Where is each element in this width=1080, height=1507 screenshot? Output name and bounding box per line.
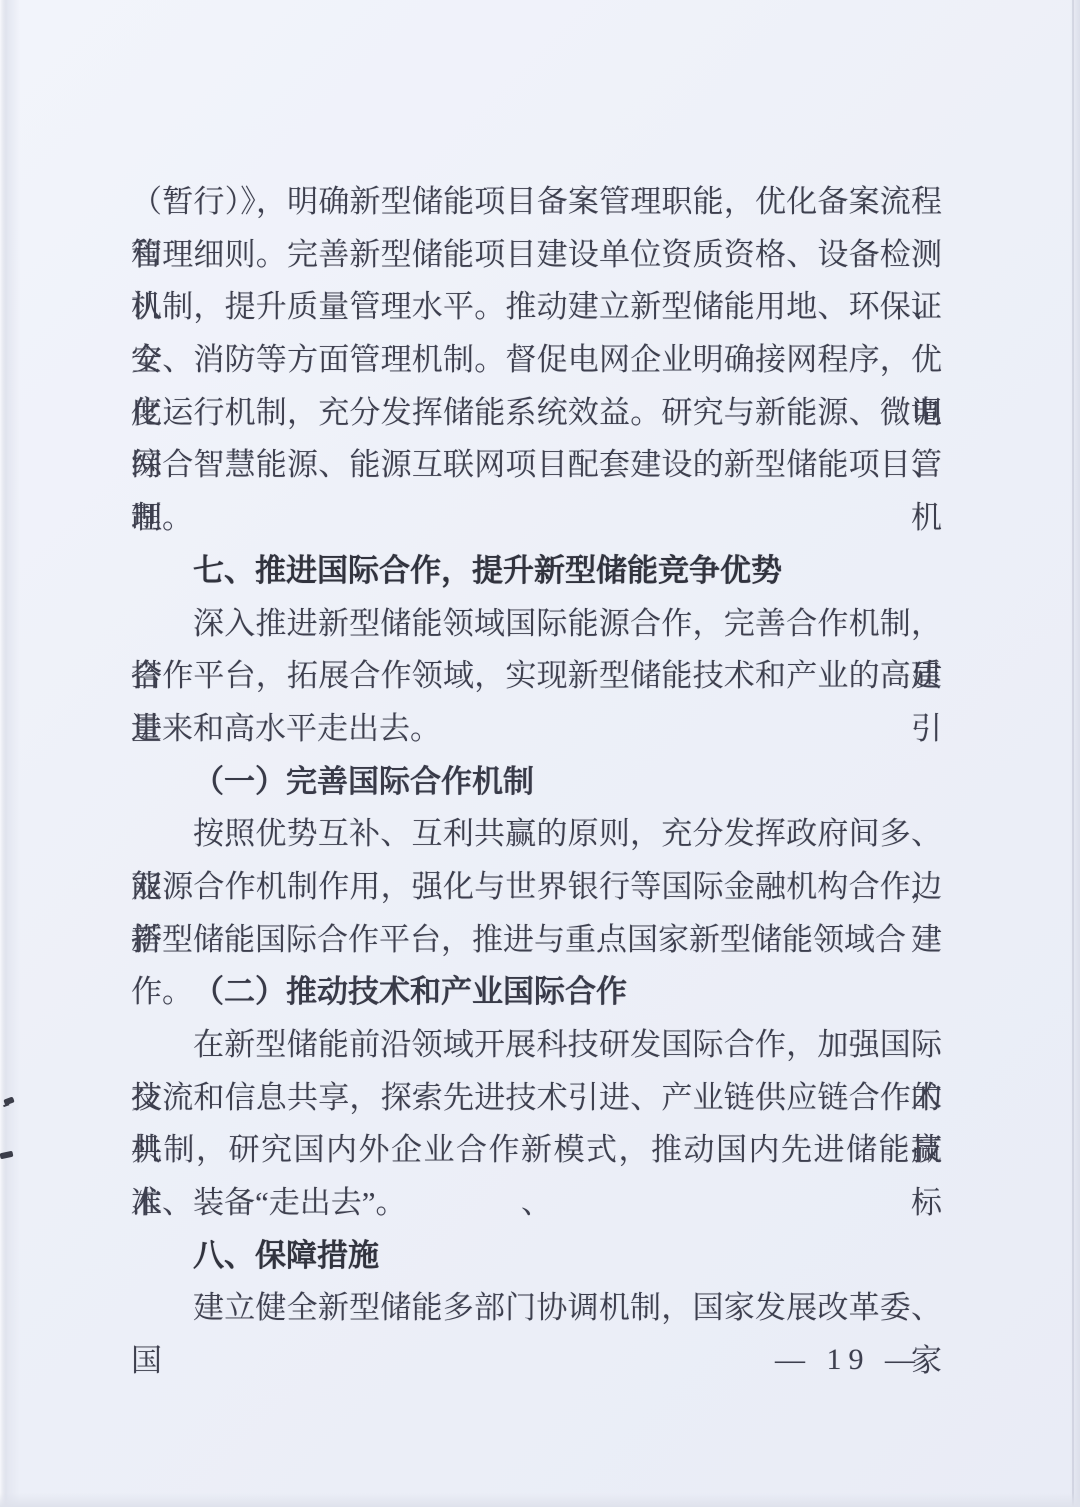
text-line: 深入推进新型储能领域国际能源合作，完善合作机制，搭建 [131, 598, 942, 651]
text-line: 度运行机制，充分发挥储能系统效益。研究与新能源、微电网、 [131, 387, 942, 440]
text-line: （暂行）》，明确新型储能项目备案管理职能，优化备案流程和 [131, 176, 942, 229]
document-page: （暂行）》，明确新型储能项目备案管理职能，优化备案流程和 管理细则。完善新型储能… [0, 0, 1080, 1507]
page-number: — 19 — [775, 1334, 922, 1386]
sub-heading-2: （二）推动技术和产业国际合作 [131, 966, 942, 1019]
section-heading-7: 七、推进国际合作，提升新型储能竞争优势 [131, 545, 942, 598]
sub-heading-1: （一）完善国际合作机制 [131, 756, 942, 809]
text-line: 机制，提升质量管理水平。推动建立新型储能用地、环保、安 [131, 281, 942, 334]
text-line: 全、消防等方面管理机制。督促电网企业明确接网程序，优化调 [131, 334, 942, 387]
text-line: 新型储能国际合作平台，推进与重点国家新型储能领域合作。 [131, 914, 942, 967]
page-bottom-edge-shadow [0, 1493, 1080, 1507]
text-line: 在新型储能前沿领域开展科技研发国际合作，加强国际技术 [131, 1019, 942, 1072]
text-line: 建立健全新型储能多部门协调机制，国家发展改革委、国家 [131, 1282, 942, 1335]
page-right-edge-line [1072, 0, 1074, 1507]
document-body: （暂行）》，明确新型储能项目备案管理职能，优化备案流程和 管理细则。完善新型储能… [131, 176, 942, 1335]
text-line: 综合智慧能源、能源互联网项目配套建设的新型储能项目管理机 [131, 439, 942, 492]
text-line: 按照优势互补、互利共赢的原则，充分发挥政府间多、双边 [131, 808, 942, 861]
text-line: 能源合作机制作用，强化与世界银行等国际金融机构合作，搭建 [131, 861, 942, 914]
text-line: 机制，研究国内外企业合作新模式，推动国内先进储能技术、标 [131, 1124, 942, 1177]
text-line: 管理细则。完善新型储能项目建设单位资质资格、设备检测认证 [131, 229, 942, 282]
page-left-edge-highlight [0, 0, 6, 1507]
text-line: 合作平台，拓展合作领域，实现新型储能技术和产业的高质量引 [131, 650, 942, 703]
text-line: 交流和信息共享，探索先进技术引进、产业链供应链合作的共赢 [131, 1072, 942, 1125]
section-heading-8: 八、保障措施 [131, 1230, 942, 1283]
